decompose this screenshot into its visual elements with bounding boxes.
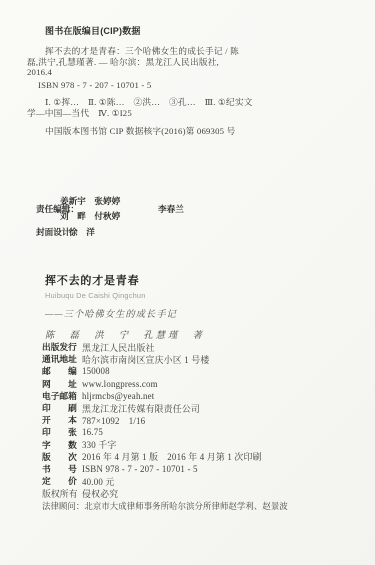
pub-info-value: 16.75 [82, 427, 103, 437]
copyright-label: 版权所有 [42, 487, 78, 500]
cip-description-line3: 2016.4 [27, 67, 347, 77]
cip-classification-line2: 学—中国—当代 Ⅳ. ①I25 [27, 108, 347, 118]
pub-info-label: 开 本 [42, 414, 78, 426]
pub-info-row: 网 址 www.longpress.com [42, 378, 352, 390]
pub-info-row: 出版发行 黑龙江人民出版社 [42, 341, 352, 353]
legal-advisor-line: 法律顾问：北京市大成律师事务所哈尔滨分所律师赵学利、赵景波 [42, 499, 352, 511]
pub-info-label: 网 址 [42, 378, 78, 390]
pub-info-value: 哈尔滨市南岗区宣庆小区 1 号楼 [82, 353, 209, 366]
book-copyright-page: 图书在版编目(CIP)数据 挥不去的才是青春：三个哈佛女生的成长手记 / 陈 磊… [0, 0, 375, 565]
pub-info-value: hljrmcbs@yeah.net [82, 391, 154, 401]
pub-info-label: 定 价 [42, 475, 78, 487]
publication-info: 出版发行 黑龙江人民出版社 通讯地址 哈尔滨市南岗区宣庆小区 1 号楼 邮 编 … [42, 341, 352, 512]
pub-info-row: 邮 编 150008 [42, 365, 352, 377]
pub-info-value: www.longpress.com [82, 379, 158, 389]
cip-classification-line1: Ⅰ. ①挥… Ⅱ. ①陈… ②洪… ③孔… Ⅲ. ①纪实文 [27, 97, 347, 107]
credits-block: 姜新宇 张婷婷 责任编辑： 李春兰 刘 畔 付秋婷 封面设计： 徐 洋 [36, 195, 256, 247]
pub-info-label: 字 数 [42, 439, 78, 451]
editor-extra: 李春兰 [158, 203, 184, 215]
book-title: 挥不去的才是青春 [45, 272, 325, 288]
cip-description-line1: 挥不去的才是青春：三个哈佛女生的成长手记 / 陈 [27, 46, 347, 56]
pub-info-label: 出版发行 [42, 341, 78, 353]
pub-info-value: 黑龙江人民出版社 [82, 341, 155, 354]
pub-info-label: 印 刷 [42, 402, 78, 414]
cip-block: 图书在版编目(CIP)数据 挥不去的才是青春：三个哈佛女生的成长手记 / 陈 磊… [27, 26, 347, 136]
editors-row2: 刘 畔 付秋婷 [60, 210, 120, 222]
copyright-notice: 版权所有 侵权必究 [42, 487, 352, 499]
pub-info-value: ISBN 978 - 7 - 207 - 10701 - 5 [82, 464, 198, 474]
book-title-pinyin: Huibuqu De Caishi Qingchun [45, 291, 325, 300]
pub-info-value: 787×1092 1/16 [82, 414, 145, 427]
pub-info-label: 邮 编 [42, 365, 78, 377]
title-block: 挥不去的才是青春 Huibuqu De Caishi Qingchun ——三个… [45, 272, 325, 341]
pub-info-row: 字 数 330 千字 [42, 439, 352, 451]
pub-info-value: 黑龙江龙江传媒有限责任公司 [82, 402, 200, 415]
pub-info-row: 定 价 40.00 元 [42, 475, 352, 487]
book-authors: 陈 磊 洪 宁 孔慧瑾 著 [45, 327, 325, 341]
pub-info-row: 印 张 16.75 [42, 426, 352, 438]
pub-info-row: 通讯地址 哈尔滨市南岗区宣庆小区 1 号楼 [42, 353, 352, 365]
cover-designer-name: 徐 洋 [69, 226, 95, 238]
pub-info-label: 版 次 [42, 451, 78, 463]
pub-info-label: 通讯地址 [42, 353, 78, 365]
pub-info-value: 330 千字 [82, 438, 116, 451]
pub-info-label: 书 号 [42, 463, 78, 475]
pub-info-row: 书 号 ISBN 978 - 7 - 207 - 10701 - 5 [42, 463, 352, 475]
isbn-line: ISBN 978 - 7 - 207 - 10701 - 5 [27, 80, 347, 90]
copyright-value: 侵权必究 [82, 487, 118, 500]
pub-info-label: 电子邮箱 [42, 390, 78, 402]
pub-info-row: 版 次 2016 年 4 月第 1 版 2016 年 4 月第 1 次印刷 [42, 451, 352, 463]
pub-info-value: 2016 年 4 月第 1 版 2016 年 4 月第 1 次印刷 [82, 450, 262, 463]
cip-description-line2: 磊,洪宁,孔慧瑾著. — 哈尔滨：黑龙江人民出版社, [27, 57, 347, 67]
pub-info-label: 印 张 [42, 426, 78, 438]
pub-info-row: 印 刷 黑龙江龙江传媒有限责任公司 [42, 402, 352, 414]
pub-info-row: 电子邮箱 hljrmcbs@yeah.net [42, 390, 352, 402]
book-subtitle: ——三个哈佛女生的成长手记 [45, 306, 325, 320]
pub-info-value: 40.00 元 [82, 475, 114, 488]
cip-record-number: 中国版本图书馆 CIP 数据核字(2016)第 069305 号 [27, 126, 347, 136]
pub-info-value: 150008 [82, 366, 110, 376]
pub-info-row: 开 本 787×1092 1/16 [42, 414, 352, 426]
cip-heading: 图书在版编目(CIP)数据 [27, 26, 347, 36]
